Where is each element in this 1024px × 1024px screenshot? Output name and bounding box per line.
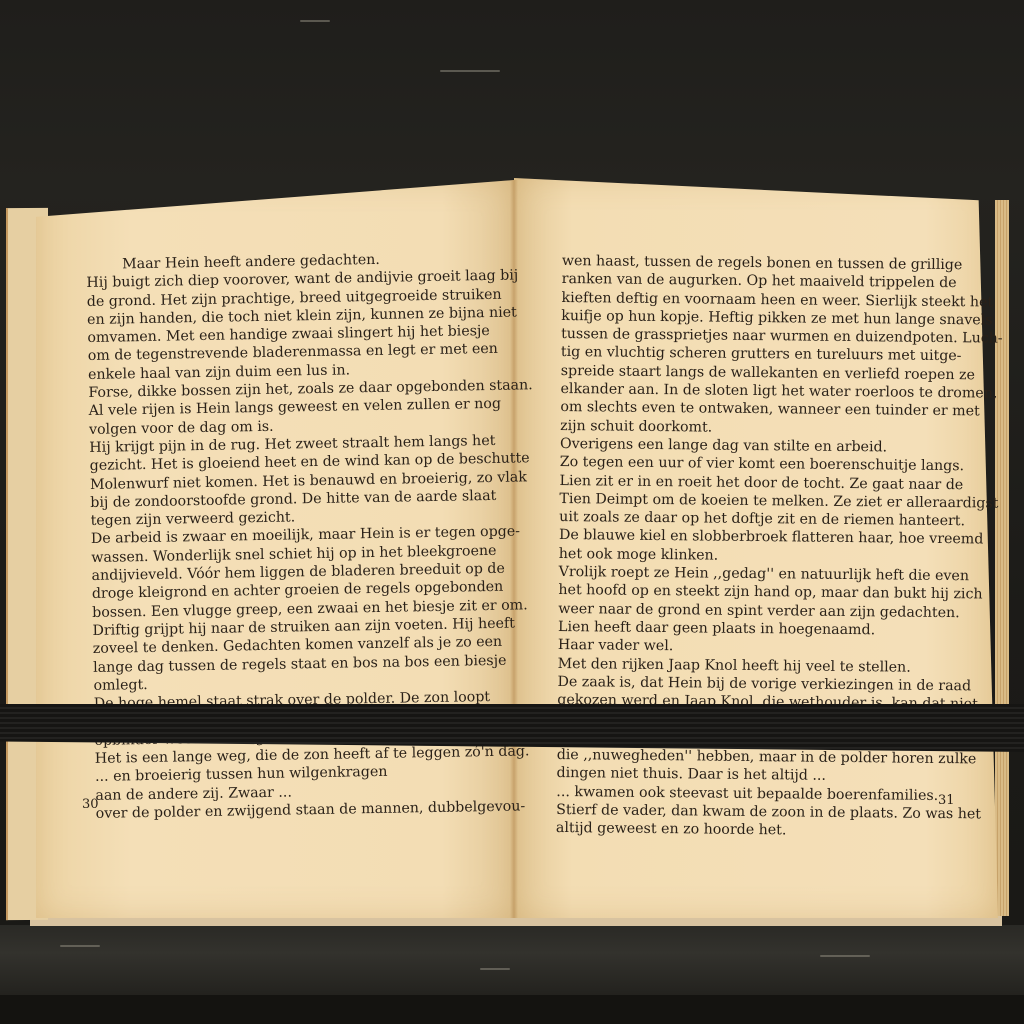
page-edges [995, 200, 1009, 916]
table-scratch [60, 945, 100, 947]
page-number-right: 31 [938, 793, 955, 808]
page-number-left: 30 [82, 797, 99, 812]
table-scratch [480, 968, 510, 970]
table-edge [0, 925, 1024, 995]
right-page-text: wen haast, tussen de regels bonen en tus… [556, 252, 952, 842]
table-lower-edge [0, 995, 1024, 1024]
table-scratch [820, 955, 870, 957]
table-scratch [440, 70, 500, 72]
table-scratch [300, 20, 330, 22]
